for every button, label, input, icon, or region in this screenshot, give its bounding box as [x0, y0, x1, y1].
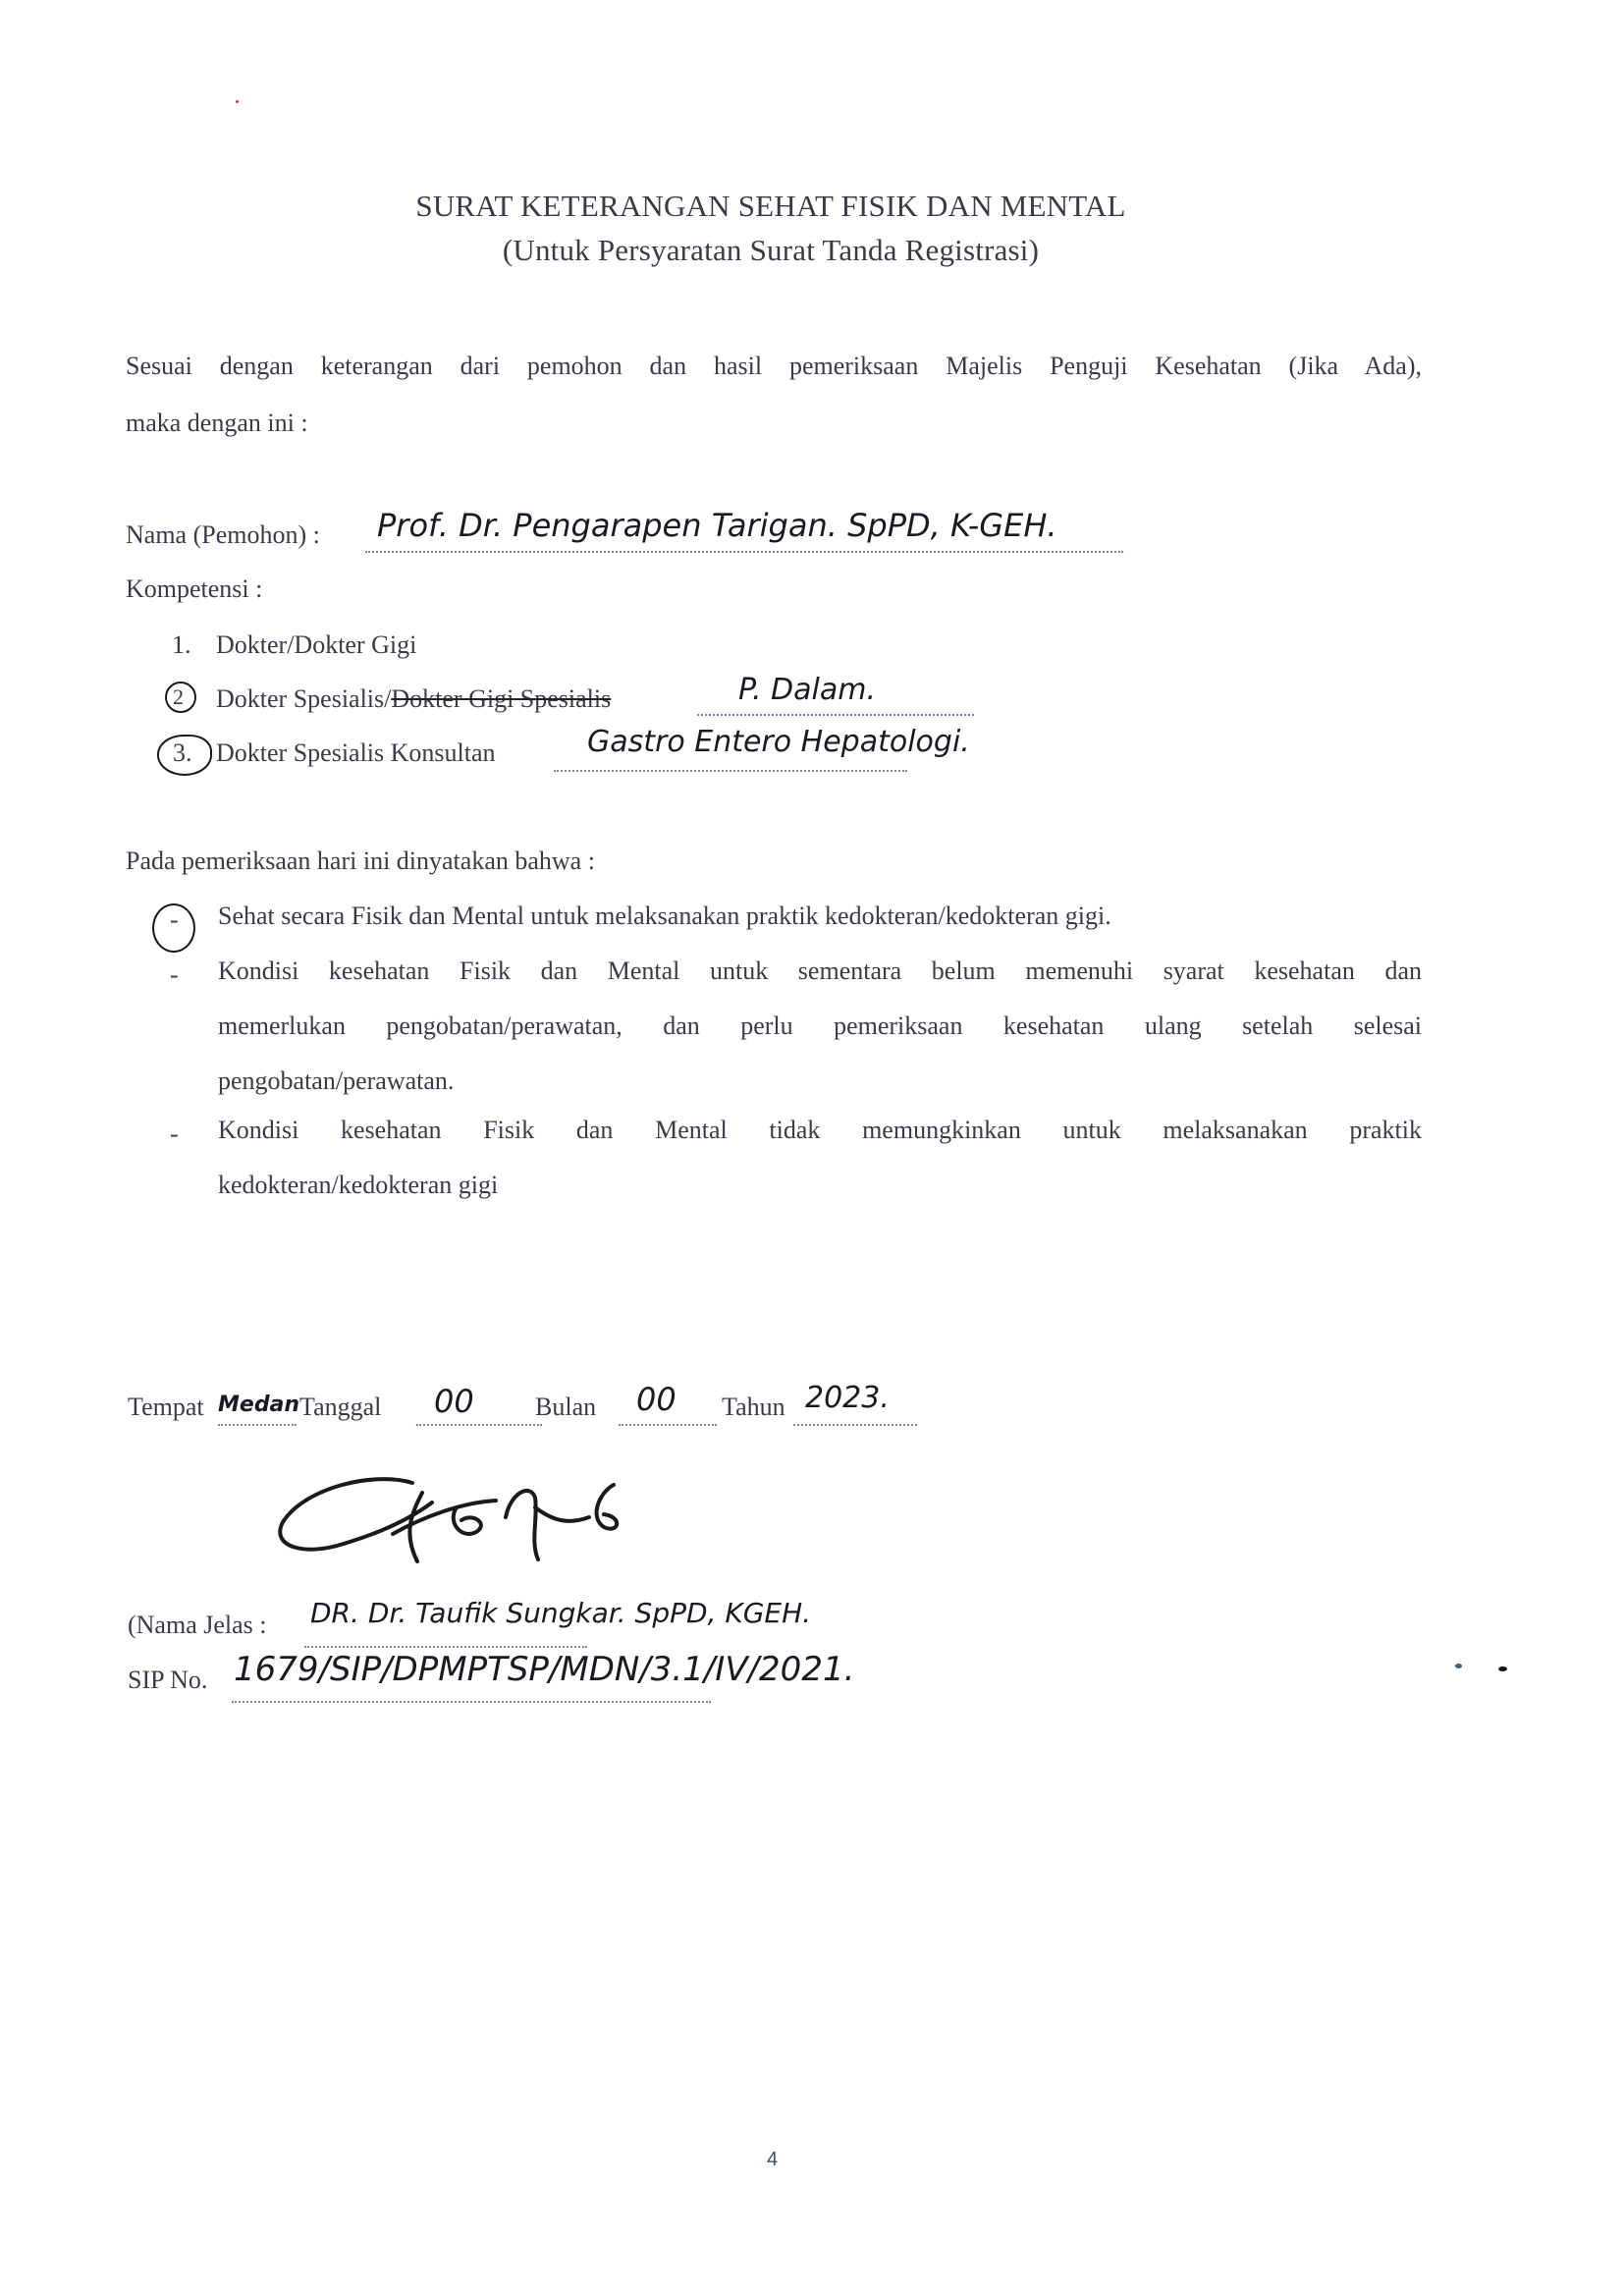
sip-label: SIP No. [128, 1666, 207, 1695]
competence-item-2-struck: Dokter Gigi Spesialis [391, 684, 611, 713]
examination-option-3-line-1: Kondisi kesehatan Fisik dan Mental tidak… [218, 1116, 1422, 1145]
place-underline [218, 1424, 297, 1426]
competence-item-3-number: 3. [173, 738, 192, 768]
page-number: 4 [767, 2149, 778, 2171]
intro-line-1: Sesuai dengan keterangan dari pemohon da… [126, 352, 1422, 381]
applicant-label: Nama (Pemohon) : [126, 520, 320, 550]
examination-option-2-line-1: Kondisi kesehatan Fisik dan Mental untuk… [218, 957, 1422, 986]
competence-item-2-text: Dokter Spesialis/Dokter Gigi Spesialis [216, 684, 611, 714]
examination-option-2-line-3: pengobatan/perawatan. [218, 1066, 454, 1096]
place-label: Tempat [128, 1393, 204, 1422]
competence-item-1-text: Dokter/Dokter Gigi [216, 630, 416, 660]
competence-item-2-number: 2 [173, 684, 184, 710]
competence-item-2-label: Dokter Spesialis/ [216, 684, 391, 713]
year-label: Tahun [722, 1393, 785, 1422]
month-label: Bulan [535, 1393, 596, 1422]
month-underline [619, 1424, 717, 1426]
examination-option-3-bullet: - [170, 1120, 179, 1149]
competence-item-3-field[interactable]: Gastro Entero Hepatologi. [587, 725, 970, 759]
applicant-underline [365, 551, 1123, 553]
document-title: SURAT KETERANGAN SEHAT FISIK DAN MENTAL [0, 189, 1542, 224]
signer-name-label: (Nama Jelas : [128, 1611, 267, 1640]
intro-line-2: maka dengan ini : [126, 409, 308, 438]
speck-mark [1455, 1664, 1462, 1668]
competence-item-2-underline [697, 714, 974, 716]
signer-name-field[interactable]: DR. Dr. Taufik Sungkar. SpPD, KGEH. [310, 1597, 811, 1629]
examination-option-1-bullet: - [170, 905, 179, 935]
day-underline [416, 1424, 542, 1426]
place-field[interactable]: Medan [218, 1393, 299, 1417]
competence-item-3-text: Dokter Spesialis Konsultan [216, 738, 496, 768]
day-field[interactable]: 00 [434, 1383, 474, 1420]
year-underline [793, 1424, 917, 1426]
examination-option-1-line-1: Sehat secara Fisik dan Mental untuk mela… [218, 902, 1111, 931]
signer-name-underline [304, 1646, 587, 1648]
sip-underline [232, 1701, 711, 1703]
competence-item-2-field[interactable]: P. Dalam. [738, 673, 876, 707]
examination-intro: Pada pemeriksaan hari ini dinyatakan bah… [126, 847, 595, 876]
speck-mark [236, 100, 239, 103]
signature-icon [265, 1463, 638, 1571]
competence-label: Kompetensi : [126, 574, 262, 604]
month-field[interactable]: 00 [636, 1381, 677, 1418]
examination-option-3-line-2: kedokteran/kedokteran gigi [218, 1171, 498, 1200]
examination-option-2-bullet: - [170, 960, 179, 990]
document-subtitle: (Untuk Persyaratan Surat Tanda Registras… [0, 233, 1542, 268]
sip-field[interactable]: 1679/SIP/DPMPTSP/MDN/3.1/IV/2021. [234, 1650, 854, 1689]
competence-item-1-number: 1. [172, 630, 191, 660]
speck-mark [1498, 1667, 1507, 1671]
examination-option-2-line-2: memerlukan pengobatan/perawatan, dan per… [218, 1011, 1422, 1041]
competence-item-3-underline [554, 770, 907, 772]
day-label: Tanggal [299, 1393, 381, 1422]
applicant-name-field[interactable]: Prof. Dr. Pengarapen Tarigan. SpPD, K-GE… [377, 507, 1057, 544]
year-field[interactable]: 2023. [805, 1381, 890, 1415]
